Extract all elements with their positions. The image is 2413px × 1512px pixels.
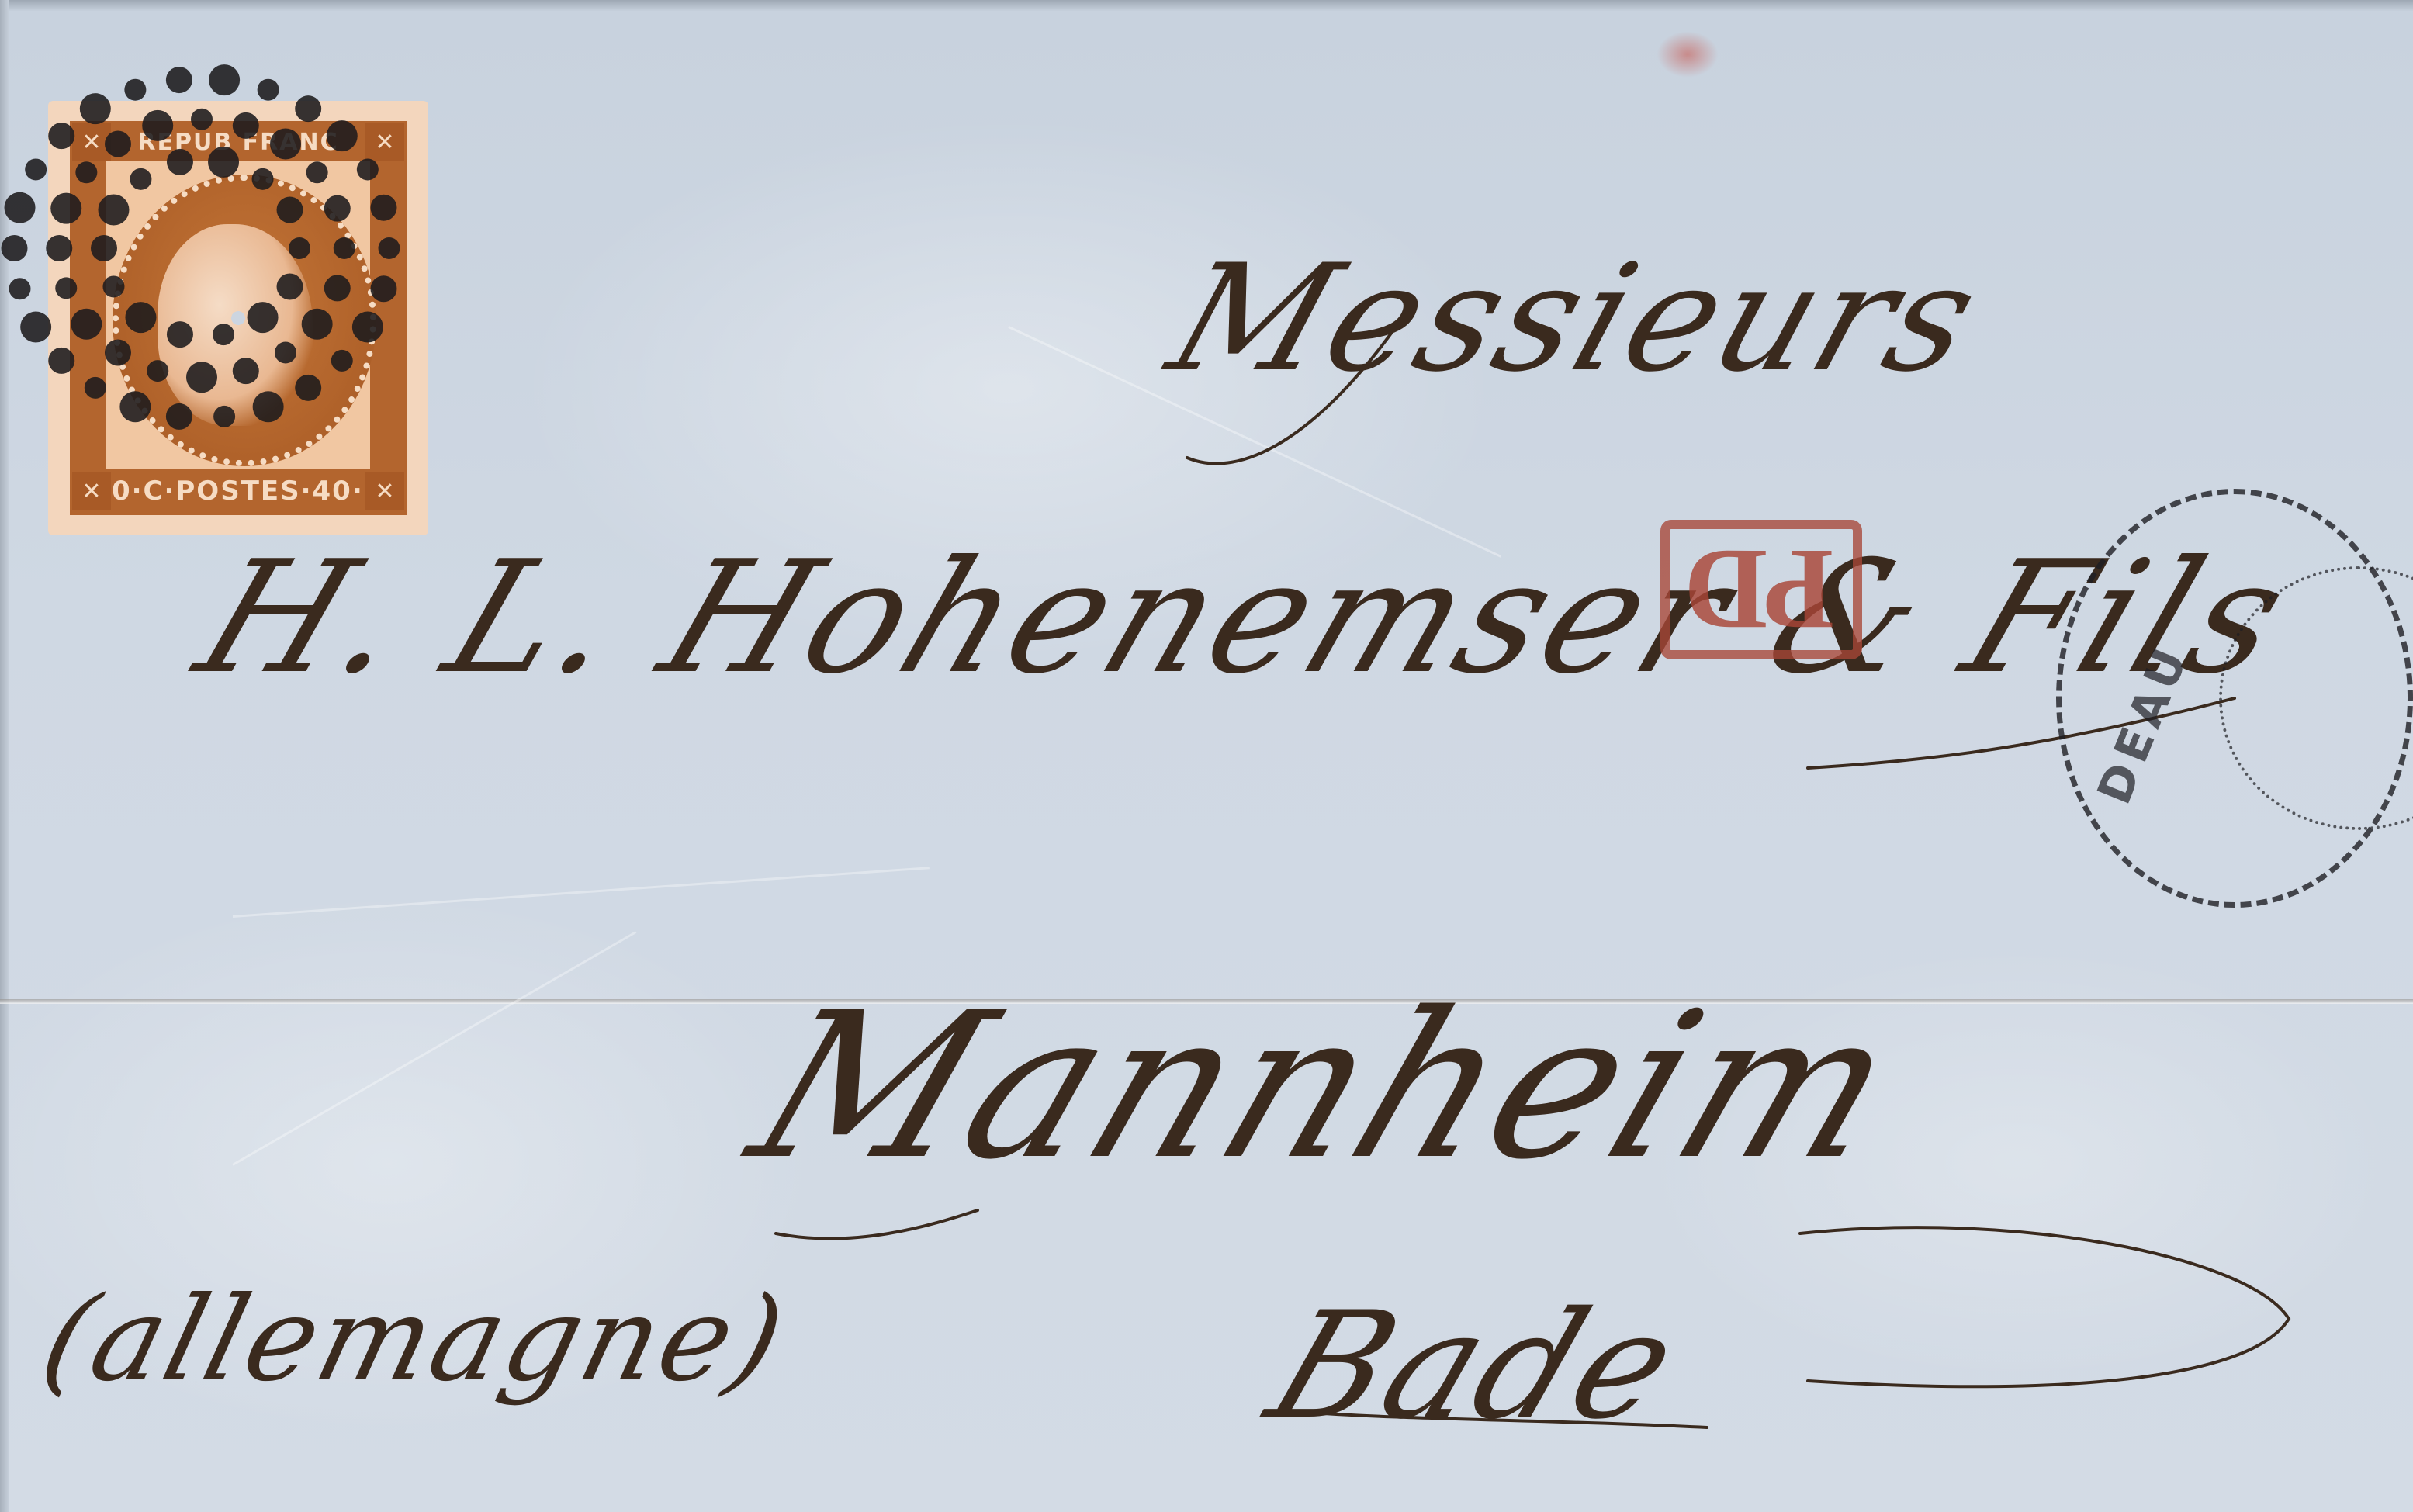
- recipient-name-text: H. L. Hohenemser & Fils: [177, 528, 2314, 708]
- postage-stamp: REPUB FRANC 40·C·POSTES·40·C ✕ ✕ ✕ ✕: [48, 101, 428, 535]
- stamp-corner-ornament-icon: ✕: [72, 123, 111, 161]
- ceres-head-portrait: [158, 224, 313, 426]
- stamp-corner-ornament-icon: ✕: [365, 472, 404, 510]
- stamp-value-label: 40·C·POSTES·40·C: [72, 469, 404, 513]
- stamp-top-label: REPUB FRANC: [72, 123, 404, 161]
- stamp-frame: REPUB FRANC 40·C·POSTES·40·C ✕ ✕ ✕ ✕: [70, 121, 407, 515]
- salutation-text: Messieurs: [1151, 233, 2000, 404]
- region-text: Bade: [1249, 1280, 1702, 1451]
- stamp-corner-ornament-icon: ✕: [365, 123, 404, 161]
- pd-paid-to-destination-mark: PD: [1660, 520, 1862, 659]
- stamp-corner-ornament-icon: ✕: [72, 472, 111, 510]
- red-ink-smudge: [1657, 31, 1719, 78]
- city-text: Mannheim: [725, 970, 1927, 1204]
- paper-left-edge: [0, 0, 9, 1512]
- paper-top-edge: [0, 0, 2413, 11]
- country-text: (allemagne): [29, 1272, 799, 1407]
- stamp-left-border: [72, 161, 106, 469]
